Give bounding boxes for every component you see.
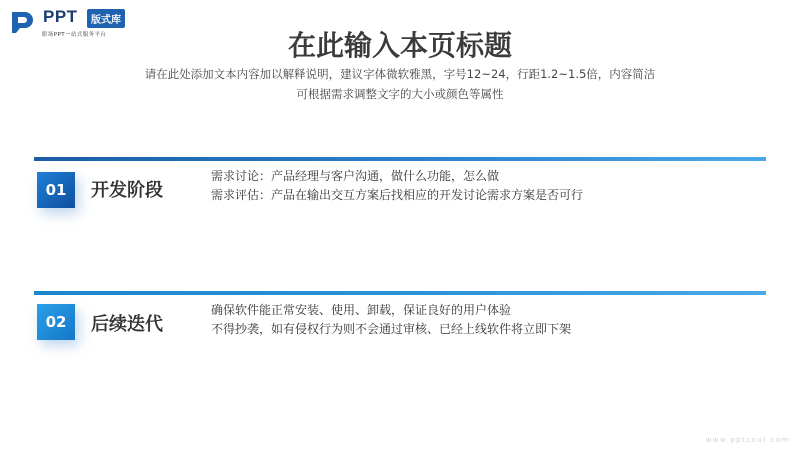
page-title: 在此输入本页标题 [0,24,800,64]
watermark: www.pptcool.com [706,436,790,444]
section-description: 需求讨论：产品经理与客户沟通，做什么功能，怎么做 需求评估：产品在输出交互方案后… [211,167,583,205]
subtitle-line: 可根据需求调整文字的大小或颜色等属性 [0,84,800,104]
page-subtitle: 请在此处添加文本内容加以解释说明，建议字体微软雅黑，字号12~24，行距1.2~… [0,64,800,104]
description-line: 需求评估：产品在输出交互方案后找相应的开发讨论需求方案是否可行 [211,186,583,205]
section-divider [34,157,766,161]
section-description: 确保软件能正常安装、使用、卸载，保证良好的用户体验 不得抄袭，如有侵权行为则不会… [211,301,571,339]
section-number-badge: 01 [37,172,75,208]
section-heading: 开发阶段 [91,176,163,202]
description-line: 不得抄袭，如有侵权行为则不会通过审核、已经上线软件将立即下架 [211,320,571,339]
section-number-badge: 02 [37,304,75,340]
description-line: 需求讨论：产品经理与客户沟通，做什么功能，怎么做 [211,167,583,186]
subtitle-line: 请在此处添加文本内容加以解释说明，建议字体微软雅黑，字号12~24，行距1.2~… [0,64,800,84]
section-divider [34,291,766,295]
description-line: 确保软件能正常安装、使用、卸载，保证良好的用户体验 [211,301,571,320]
section-heading: 后续迭代 [91,310,163,336]
